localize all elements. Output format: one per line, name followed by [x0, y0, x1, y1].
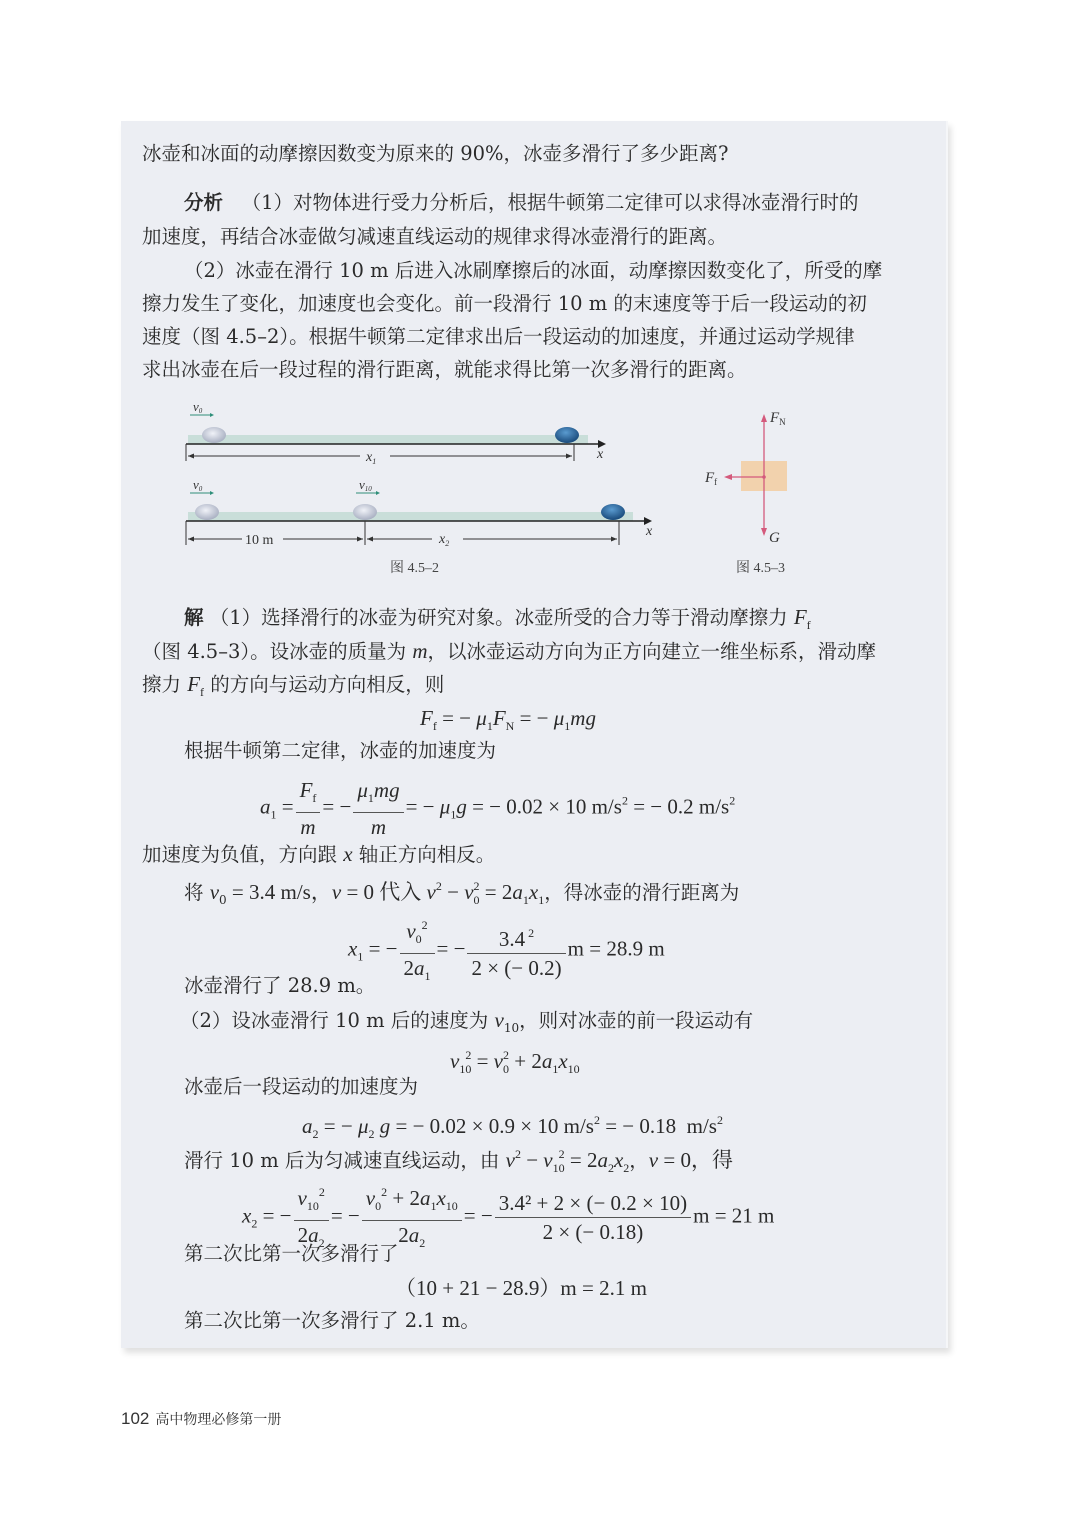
- page-number: 102: [121, 1409, 149, 1428]
- force-diagram: FN Ff G: [690, 400, 840, 550]
- analysis-p2-line3: 速度（图 4.5–2）。根据牛顿第二定律求出后一段运动的加速度，并通过运动学规律: [142, 324, 855, 350]
- svg-text:v0: v0: [193, 477, 203, 493]
- svg-text:x1: x1: [365, 450, 376, 466]
- curling-stone-icon: [555, 427, 579, 443]
- analysis-p1-line1: 分析 （1）对物体进行受力分析后，根据牛顿第二定律可以求得冰壶滑行时的: [184, 190, 859, 216]
- book-title: 高中物理必修第一册: [155, 1412, 281, 1428]
- curling-stone-icon: [601, 504, 625, 520]
- svg-text:x: x: [596, 447, 604, 462]
- solution-line1: 解 （1）选择滑行的冰壶为研究对象。冰壶所受的合力等于滑动摩擦力 Ff: [184, 604, 811, 638]
- svg-text:v10: v10: [359, 477, 372, 493]
- svg-text:Ff: Ff: [704, 470, 717, 487]
- normal-force-arrow-icon: [761, 414, 767, 422]
- curling-stone-icon: [202, 427, 226, 443]
- svg-text:v0: v0: [193, 399, 203, 415]
- equation-x1: x1 = −v022a1= −3.4 22 × (− 0.2)m = 28.9 …: [348, 913, 665, 988]
- svg-text:G: G: [769, 530, 780, 546]
- substitution-line: 将 v0 = 3.4 m/s，v = 0 代入 v2 − v02 = 2a1x1…: [184, 873, 739, 913]
- analysis-p1-line2: 加速度，再结合冰壶做匀减速直线运动的规律求得冰壶滑行的距离。: [142, 224, 727, 250]
- page-footer: 102高中物理必修第一册: [121, 1409, 281, 1429]
- analysis-p2-line1: （2）冰壶在滑行 10 m 后进入冰刷摩擦后的冰面，动摩擦因数变化了，所受的摩: [184, 258, 882, 284]
- more-text-2: 第二次比第一次多滑行了 2.1 m。: [184, 1308, 480, 1334]
- friction-arrow-icon: [724, 474, 732, 480]
- equation-difference: （10 + 21 − 28.9）m = 2.1 m: [395, 1275, 647, 1301]
- figure-caption-4-5-3: 图 4.5–3: [736, 557, 785, 577]
- svg-text:x2: x2: [438, 532, 449, 548]
- decel-line: 滑行 10 m 后为匀减速直线运动，由 v2 − v102 = 2a2x2，v …: [184, 1141, 733, 1181]
- solution-line3: 擦力 Ff 的方向与运动方向相反，则: [142, 671, 444, 705]
- newton-text: 根据牛顿第二定律，冰壶的加速度为: [184, 738, 496, 764]
- more-text-1: 第二次比第一次多滑行了: [184, 1241, 399, 1267]
- svg-text:10 m: 10 m: [245, 533, 274, 548]
- curling-stone-icon: [195, 504, 219, 520]
- later-acc-text: 冰壶后一段运动的加速度为: [184, 1074, 418, 1100]
- negative-acc-note: 加速度为负值，方向跟 x 轴正方向相反。: [142, 841, 495, 868]
- figure-caption-4-5-2: 图 4.5–2: [390, 557, 439, 577]
- analysis-label: 分析: [184, 191, 223, 214]
- curling-stone-icon: [353, 504, 377, 520]
- analysis-p2-line2: 擦力发生了变化，加速度也会变化。前一段滑行 10 m 的末速度等于后一段运动的初: [142, 291, 867, 317]
- analysis-p2-line4: 求出冰壶在后一段过程的滑行距离，就能求得比第一次多滑行的距离。: [142, 357, 747, 383]
- equation-a1: a1 =Ffm= −μ1mgm= − μ1g = − 0.02 × 10 m/s…: [260, 778, 735, 839]
- equation-friction: Ff = − μ1FN = − μ1mg: [420, 705, 596, 739]
- solution-label: 解: [184, 606, 204, 629]
- equation-v10: v102 = v02 + 2a1x10: [450, 1042, 580, 1082]
- figure-4-5-3: FN Ff G: [690, 400, 840, 550]
- x1-result-text: 冰壶滑行了 28.9 m。: [184, 973, 375, 999]
- gravity-arrow-icon: [761, 528, 767, 536]
- solution-line2: （图 4.5–3）。设冰壶的质量为 m，以冰壶运动方向为正方向建立一维坐标系，滑…: [142, 638, 876, 665]
- part2-intro: （2）设冰壶滑行 10 m 后的速度为 v10，则对冰壶的前一段运动有: [180, 1007, 753, 1041]
- svg-text:x: x: [645, 524, 653, 539]
- problem-text: 冰壶和冰面的动摩擦因数变为原来的 90%，冰壶多滑行了多少距离?: [142, 141, 729, 167]
- svg-text:FN: FN: [769, 410, 786, 427]
